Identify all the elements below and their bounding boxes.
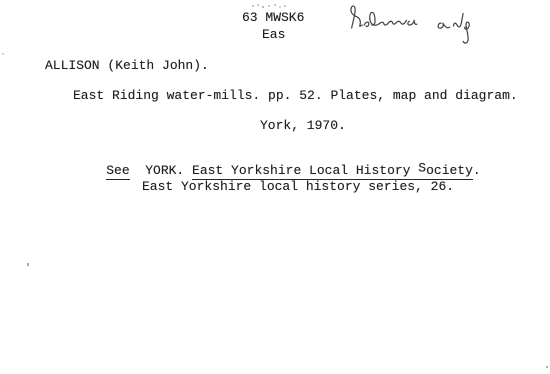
see-society-part2: ociety <box>426 163 473 178</box>
handwriting-stroke-only <box>438 14 469 44</box>
imprint-line: York, 1970. <box>260 118 346 134</box>
classmark-line1: 63 MWSK6 <box>242 10 304 26</box>
see-society-part1: East Yorkshire Local History <box>192 163 418 178</box>
see-society-raised-cap: S <box>418 161 426 177</box>
author-heading: ALLISON (Keith John). <box>45 58 209 74</box>
scan-speckle <box>546 366 548 368</box>
handwritten-reference-only-note <box>343 2 491 52</box>
scan-speckle <box>27 263 29 266</box>
see-line-period: . <box>473 163 481 178</box>
scan-speckle <box>2 53 4 55</box>
series-note: East Yorkshire local history series, 26. <box>142 179 454 195</box>
handwriting-stroke-eference <box>364 12 417 26</box>
ink-smudge <box>252 5 254 7</box>
see-target-heading: YORK. <box>145 163 184 178</box>
see-target-society: East Yorkshire Local History Society <box>192 163 473 180</box>
classmark-line2: Eas <box>262 27 285 43</box>
see-label: See <box>106 163 129 180</box>
title-line: East Riding water-mills. pp. 52. Plates,… <box>73 88 518 104</box>
handwriting-stroke-R <box>351 6 362 28</box>
catalog-card: 63 MWSK6 Eas ALLISON (Keith John). East … <box>0 0 550 374</box>
